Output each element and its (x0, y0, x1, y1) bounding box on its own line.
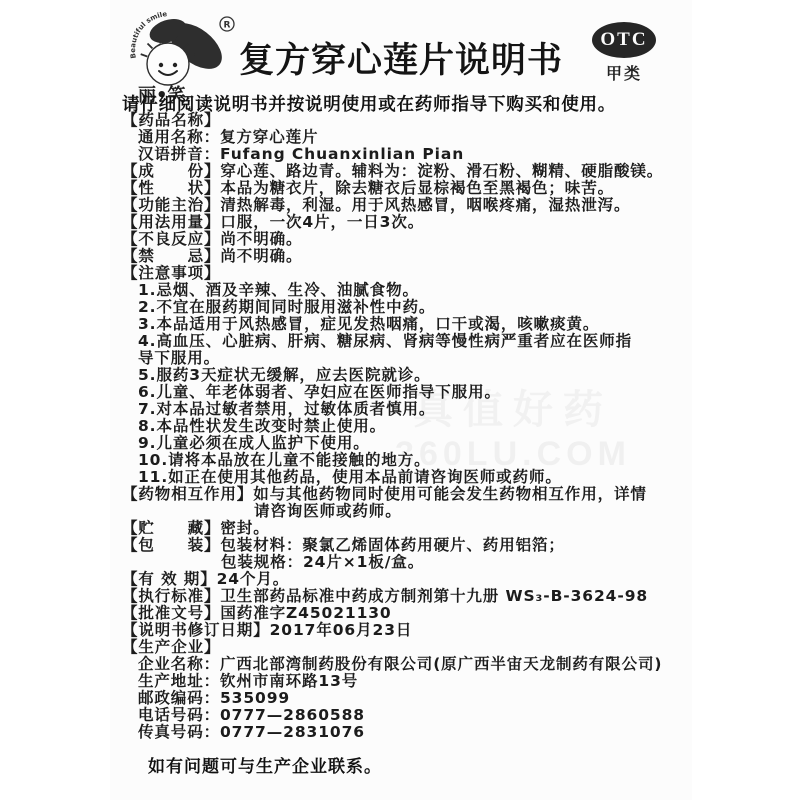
leaflet-line: 1.忌烟、酒及辛辣、生冷、油腻食物。 (122, 282, 688, 299)
leaflet-line: 9.儿童必须在成人监护下使用。 (122, 435, 688, 452)
leaflet-line: 企业名称：广西北部湾制药股份有限公司(原广西半宙天龙制药有限公司) (122, 656, 688, 673)
leaflet-line: 生产地址：钦州市南环路13号 (122, 673, 688, 690)
leaflet-line: 【包 装】包装材料：聚氯乙烯固体药用硬片、药用铝箔； (122, 537, 688, 554)
leaflet-sheet: 真值好药 360LU.COM Beautiful (110, 0, 692, 800)
leaflet-line: 【药品名称】 (122, 112, 688, 129)
leaflet-line: 【有 效 期】24个月。 (122, 571, 688, 588)
leaflet-line: 【药物相互作用】如与其他药物同时使用可能会发生药物相互作用，详情 (122, 486, 688, 503)
leaflet-line: 通用名称：复方穿心莲片 (122, 129, 688, 146)
leaflet-line: 【生产企业】 (122, 639, 688, 656)
otc-badge: OTC (592, 22, 656, 58)
leaflet-line: 11.如正在使用其他药品，使用本品前请咨询医师或药师。 (122, 469, 688, 486)
leaflet-line: 传真号码：0777—2831076 (122, 724, 688, 741)
svg-text:R: R (224, 21, 231, 31)
leaflet-line: 导下服用。 (122, 350, 688, 367)
leaflet-line: 【注意事项】 (122, 265, 688, 282)
otc-badge-label: OTC (600, 29, 647, 51)
leaflet-line: 【成 份】穿心莲、路边青。辅料为：淀粉、滑石粉、糊精、硬脂酸镁。 (122, 163, 688, 180)
leaflet-line: 6.儿童、年老体弱者、孕妇应在医师指导下服用。 (122, 384, 688, 401)
leaflet-line: 10.请将本品放在儿童不能接触的地方。 (122, 452, 688, 469)
leaflet-line: 8.本品性状发生改变时禁止使用。 (122, 418, 688, 435)
leaflet-line: 【用法用量】口服，一次4片，一日3次。 (122, 214, 688, 231)
leaflet-line: 包装规格：24片×1板/盒。 (122, 554, 688, 571)
leaflet-line: 【禁 忌】尚不明确。 (122, 248, 688, 265)
leaflet-line: 请咨询医师或药师。 (122, 503, 688, 520)
registered-mark-icon: R (220, 17, 234, 31)
contact-note: 如有问题可与生产企业联系。 (148, 752, 382, 777)
page-title: 复方穿心莲片说明书 (239, 33, 563, 83)
otc-badge-group: OTC 甲类 (588, 22, 660, 84)
leaflet-line: 2.不宜在服药期间同时服用滋补性中药。 (122, 299, 688, 316)
leaflet-line: 4.高血压、心脏病、肝病、糖尿病、肾病等慢性病严重者应在医师指 (122, 333, 688, 350)
leaflet-line: 【功能主治】清热解毒，利湿。用于风热感冒，咽喉疼痛，湿热泄泻。 (122, 197, 688, 214)
leaflet-line: 【不良反应】尚不明确。 (122, 231, 688, 248)
leaflet-line: 3.本品适用于风热感冒，症见发热咽痛，口干或渴，咳嗽痰黄。 (122, 316, 688, 333)
leaflet-line: 【性 状】本品为糖衣片，除去糖衣后显棕褐色至黑褐色；味苦。 (122, 180, 688, 197)
leaflet-line: 【贮 藏】密封。 (122, 520, 688, 537)
leaflet-line: 电话号码：0777—2860588 (122, 707, 688, 724)
leaflet-line: 【批准文号】国药准字Z45021130 (122, 605, 688, 622)
leaflet-line: 7.对本品过敏者禁用，过敏体质者慎用。 (122, 401, 688, 418)
leaflet-line: 汉语拼音：Fufang Chuanxinlian Pian (122, 146, 688, 163)
leaflet-line: 【说明书修订日期】2017年06月23日 (122, 622, 688, 639)
leaflet-line: 5.服药3天症状无缓解，应去医院就诊。 (122, 367, 688, 384)
otc-category-label: 甲类 (588, 61, 660, 84)
leaflet-line: 【执行标准】卫生部药品标准中药成方制剂第十九册 WS₃-B-3624-98 (122, 588, 688, 605)
leaflet-line: 邮政编码：535099 (122, 690, 688, 707)
body-lines: 【药品名称】通用名称：复方穿心莲片汉语拼音：Fufang Chuanxinlia… (122, 112, 688, 741)
